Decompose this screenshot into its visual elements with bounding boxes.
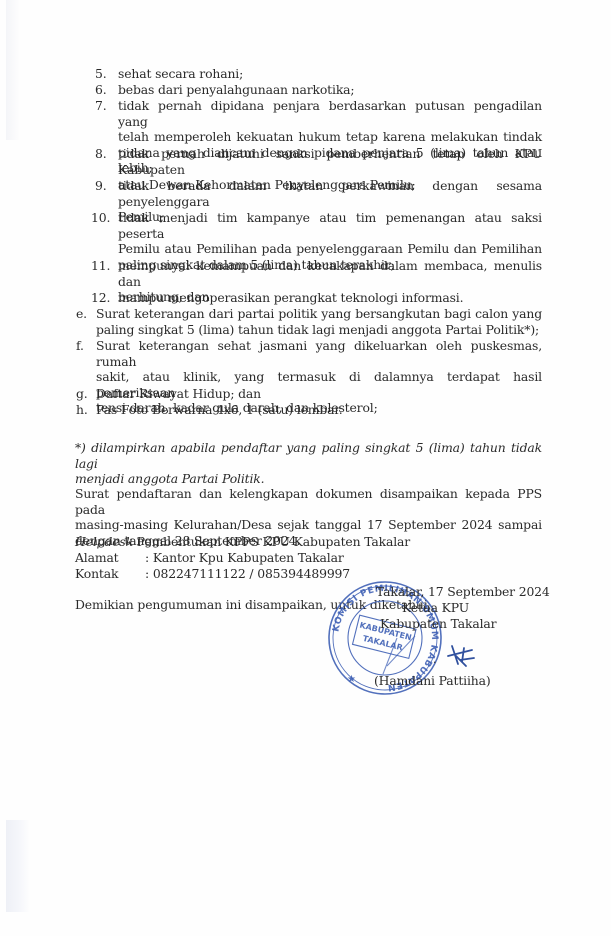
- list-number: 10.: [91, 210, 110, 226]
- list-letter: f.: [76, 338, 84, 354]
- address-value: : Kantor Kpu Kabupaten Takalar: [145, 550, 344, 566]
- list-letter: e.: [76, 306, 87, 322]
- signatory-region: Kabupaten Takalar: [380, 616, 496, 632]
- contact-value: : 082247111122 / 085394489997: [145, 566, 350, 582]
- list-number: 11.: [91, 258, 110, 274]
- list-letter: h.: [76, 402, 88, 418]
- list-item: Pas Foto Berwarna 4x6, 1 (satu) lembar.: [96, 402, 542, 418]
- scan-shadow: [6, 820, 30, 912]
- list-number: 9.: [95, 178, 107, 194]
- list-item: sehat secara rohani;: [118, 66, 542, 82]
- footnote: *) dilampirkan apabila pendaftar yang pa…: [75, 440, 542, 487]
- document-page: 5. sehat secara rohani; 6. bebas dari pe…: [0, 0, 611, 936]
- list-number: 7.: [95, 98, 107, 114]
- signatory-position: Ketua KPU: [402, 600, 469, 616]
- handwritten-signature: [444, 642, 478, 670]
- helpdesk-title: Helpdesk Pembentukan KPPS KPU Kabupaten …: [75, 534, 542, 550]
- scan-shadow: [6, 0, 20, 140]
- list-item: mampu mengoperasikan perangkat teknologi…: [118, 290, 542, 306]
- list-item: Daftar Riwayat Hidup; dan: [96, 386, 542, 402]
- list-item: bebas dari penyalahgunaan narkotika;: [118, 82, 542, 98]
- list-number: 12.: [91, 290, 110, 306]
- address-label: Alamat: [75, 550, 119, 566]
- signatory-name: (Hamdani Pattiiha): [374, 673, 491, 689]
- svg-text:★: ★: [347, 674, 356, 685]
- list-item: Surat keterangan dari partai politik yan…: [96, 306, 542, 337]
- list-number: 8.: [95, 146, 107, 162]
- list-number: 5.: [95, 66, 107, 82]
- list-number: 6.: [95, 82, 107, 98]
- list-letter: g.: [76, 386, 88, 402]
- place-date: Takalar, 17 September 2024: [376, 584, 550, 600]
- contact-label: Kontak: [75, 566, 118, 582]
